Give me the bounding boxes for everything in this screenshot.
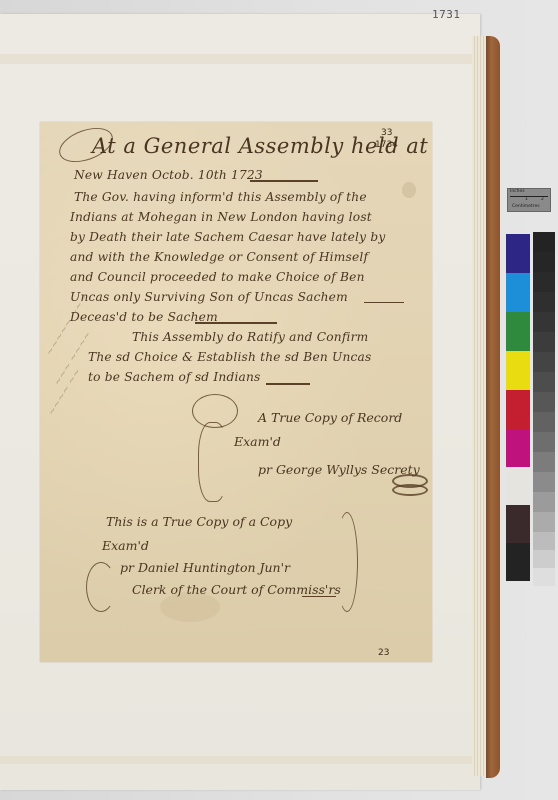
swatch-white — [506, 467, 530, 505]
line-rule — [302, 596, 336, 597]
manuscript-line: and Council proceeded to make Choice of … — [70, 270, 365, 284]
attestation-2-line-2: Exam'd — [102, 538, 149, 553]
centimetres-label: Centimetres — [512, 204, 540, 209]
swatch-yellow — [506, 351, 530, 390]
cm-tick-1: 1 — [525, 197, 528, 202]
corner-note-year: 1734 — [375, 140, 398, 150]
footer-mark: 23 — [378, 648, 389, 658]
swatch-cyan — [506, 273, 530, 312]
manuscript-line: to be Sachem of sd Indians — [88, 370, 261, 384]
color-calibration-strip — [506, 234, 530, 581]
gray-step — [533, 372, 555, 392]
gray-step — [533, 312, 555, 332]
line-rule — [266, 383, 310, 385]
line-rule — [364, 302, 404, 303]
manuscript-line: The Gov. having inform'd this Assembly o… — [74, 190, 367, 204]
album-page-bottom-band — [0, 756, 480, 764]
attestation-bracket — [336, 512, 358, 612]
swatch-blue — [506, 234, 530, 273]
gray-step — [533, 512, 555, 532]
book-cover-edge — [486, 36, 500, 778]
gray-step — [533, 332, 555, 352]
swatch-brown — [506, 505, 530, 543]
gray-step — [533, 352, 555, 372]
album-page-top-band — [0, 54, 480, 64]
gray-step — [533, 532, 555, 550]
gray-step — [533, 272, 555, 292]
manuscript-line: Uncas only Surviving Son of Uncas Sachem — [70, 290, 348, 304]
gray-step — [533, 392, 555, 412]
album-page-number: 1731 — [432, 8, 461, 21]
attestation-bracket — [198, 422, 228, 502]
manuscript-line: This Assembly do Ratify and Confirm — [132, 330, 368, 344]
scale-ruler-card: Inches 1 2 Centimetres — [507, 188, 551, 212]
swatch-red — [506, 390, 530, 429]
gray-step — [533, 252, 555, 272]
gray-step — [533, 432, 555, 452]
swatch-green — [506, 312, 530, 351]
manuscript-line: Indians at Mohegan in New London having … — [70, 210, 372, 224]
attestation-1-line-2: Exam'd — [234, 434, 281, 449]
gray-step — [533, 452, 555, 472]
manuscript-sheet: ~~~~~ ~~~ ~~~ ~~~~ ~~~~ ~~ At a General … — [40, 122, 432, 662]
attestation-bracket — [86, 562, 116, 612]
line-rule — [195, 322, 277, 324]
gray-step — [533, 568, 555, 586]
gray-step — [533, 412, 555, 432]
gray-step — [533, 472, 555, 492]
attestation-1-line-1: A True Copy of Record — [258, 410, 402, 425]
gray-step — [533, 232, 555, 252]
swatch-magenta — [506, 429, 530, 467]
manuscript-line: by Death their late Sachem Caesar have l… — [70, 230, 385, 244]
gray-step — [533, 550, 555, 568]
manuscript-line: New Haven Octob. 10th 1723 — [74, 168, 263, 182]
inches-label: Inches — [510, 189, 525, 194]
manuscript-line: The sd Choice & Establish the sd Ben Unc… — [88, 350, 371, 364]
ink-stain — [402, 182, 416, 198]
swatch-black — [506, 543, 530, 581]
attestation-2-signature: pr Daniel Huntington Jun'r — [120, 560, 290, 575]
corner-note-number: 33 — [381, 128, 392, 138]
signature-flourish — [392, 484, 428, 496]
attestation-1-signature: pr George Wyllys Secrety — [258, 462, 420, 477]
manuscript-line: and with the Knowledge or Consent of Him… — [70, 250, 368, 264]
grayscale-calibration-strip — [533, 232, 555, 586]
line-rule — [250, 180, 318, 182]
cm-tick-2: 2 — [541, 197, 544, 202]
attestation-2-line-1: This is a True Copy of a Copy — [106, 514, 292, 529]
gray-step — [533, 492, 555, 512]
attestation-2-title: Clerk of the Court of Commiss'rs — [132, 582, 341, 597]
gray-step — [533, 292, 555, 312]
